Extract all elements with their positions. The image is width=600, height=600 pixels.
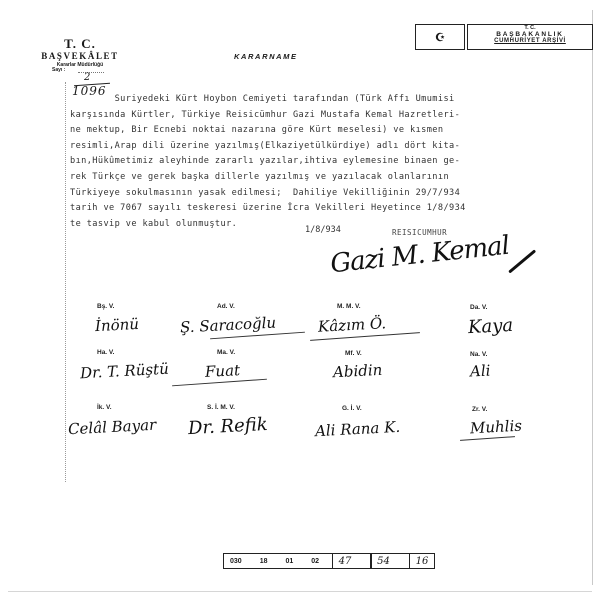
archive-reference: 030 18 01 02 47 54 16 xyxy=(223,553,435,569)
archive-reference-printed: 030 18 01 02 xyxy=(223,553,333,569)
minister-signature: Muhlis xyxy=(470,417,523,438)
minister-role: M. M. V. xyxy=(337,303,361,310)
minister-role: Zr. V. xyxy=(472,406,487,413)
ref-cell: 47 xyxy=(332,553,372,569)
minister-signature: Ş. Saracoğlu xyxy=(180,313,277,336)
minister-role: Ma. V. xyxy=(217,349,235,356)
number-underline xyxy=(78,72,104,73)
document-page: T. C. BAŞVEKÂLET Kararlar Müdürlüğü Sayı… xyxy=(0,0,600,600)
minister-role: Da. V. xyxy=(470,304,487,311)
number-numerator: 2 xyxy=(84,72,90,83)
minister-signature: Abidin xyxy=(333,361,383,382)
minister-role: Ad. V. xyxy=(217,303,235,310)
minister-role: Bş. V. xyxy=(97,303,114,310)
archive-stamp-text: T. C. BAŞBAKANLIK CUMHURİYET ARŞİVİ xyxy=(467,24,593,50)
body-line: ne mektup, Bir Ecnebi noktai nazarına gö… xyxy=(70,123,590,139)
minister-signature: Ali Rana K. xyxy=(315,418,401,440)
ref-code: 01 xyxy=(285,558,293,565)
ref-code: 030 xyxy=(230,558,242,565)
body-line: Türkiyeye sokulmasının yasak edilmesi; D… xyxy=(70,186,590,202)
minister-signature: Dr. Refik xyxy=(188,414,269,439)
number-label: Sayı : xyxy=(52,67,65,73)
ref-code: 02 xyxy=(311,558,319,565)
ref-code: 18 xyxy=(260,558,268,565)
letterhead-department: Kararlar Müdürlüğü xyxy=(30,62,130,68)
minister-role: Ha. V. xyxy=(97,349,114,356)
body-line: Suriyedeki Kürt Hoybon Cemiyeti tarafınd… xyxy=(70,92,590,108)
minister-signature: Celâl Bayar xyxy=(68,416,157,439)
minister-role: Na. V. xyxy=(470,351,487,358)
archive-stamp: ☪ T. C. BAŞBAKANLIK CUMHURİYET ARŞİVİ xyxy=(415,24,593,50)
crescent-star-icon: ☪ xyxy=(415,24,465,50)
letterhead-office: BAŞVEKÂLET xyxy=(30,51,130,61)
body-line: bın,Hükûmetimiz aleyhinde zararlı yazıla… xyxy=(70,154,590,170)
decree-body: Suriyedeki Kürt Hoybon Cemiyeti tarafınd… xyxy=(70,92,590,232)
body-line: rek Türkçe ve gerek başka dillerle yazıl… xyxy=(70,170,590,186)
minister-role: G. İ. V. xyxy=(342,405,362,412)
letterhead-state: T. C. xyxy=(30,36,130,52)
body-line: tarih ve 7067 sayılı teskeresi üzerine İ… xyxy=(70,201,590,217)
decree-date: 1/8/934 xyxy=(305,225,341,235)
minister-role: İk. V. xyxy=(97,404,112,411)
page-edge xyxy=(592,10,593,585)
ref-cell: 16 xyxy=(409,553,435,569)
minister-signature: Kaya xyxy=(467,315,513,338)
minister-role: Mf. V. xyxy=(345,350,362,357)
minister-signature: Fuat xyxy=(205,361,241,381)
body-line: resimli,Arap dili üzerine yazılmış(Elkaz… xyxy=(70,139,590,155)
letterhead: T. C. BAŞVEKÂLET Kararlar Müdürlüğü xyxy=(30,36,130,68)
minister-signature: Dr. T. Rüştü xyxy=(80,360,170,383)
minister-signature: Kâzım Ö. xyxy=(318,314,387,336)
president-signature: Gazi M. Kemal xyxy=(329,231,510,280)
body-line: karşısında Kürtler, Türkiye Reisicümhur … xyxy=(70,108,590,124)
minister-signature: İnönü xyxy=(95,315,140,335)
document-title: KARARNAME xyxy=(234,52,298,61)
minister-role: S. İ. M. V. xyxy=(207,404,235,411)
page-edge xyxy=(8,591,592,592)
signature-underline xyxy=(460,436,515,441)
president-title: REISICUMHUR xyxy=(392,228,447,237)
minister-signature: Ali xyxy=(470,361,491,380)
margin-line xyxy=(65,82,66,482)
signature-flourish xyxy=(508,249,536,273)
stamp-line-3: CUMHURİYET ARŞİVİ xyxy=(468,38,592,44)
ref-cell: 54 xyxy=(370,553,410,569)
